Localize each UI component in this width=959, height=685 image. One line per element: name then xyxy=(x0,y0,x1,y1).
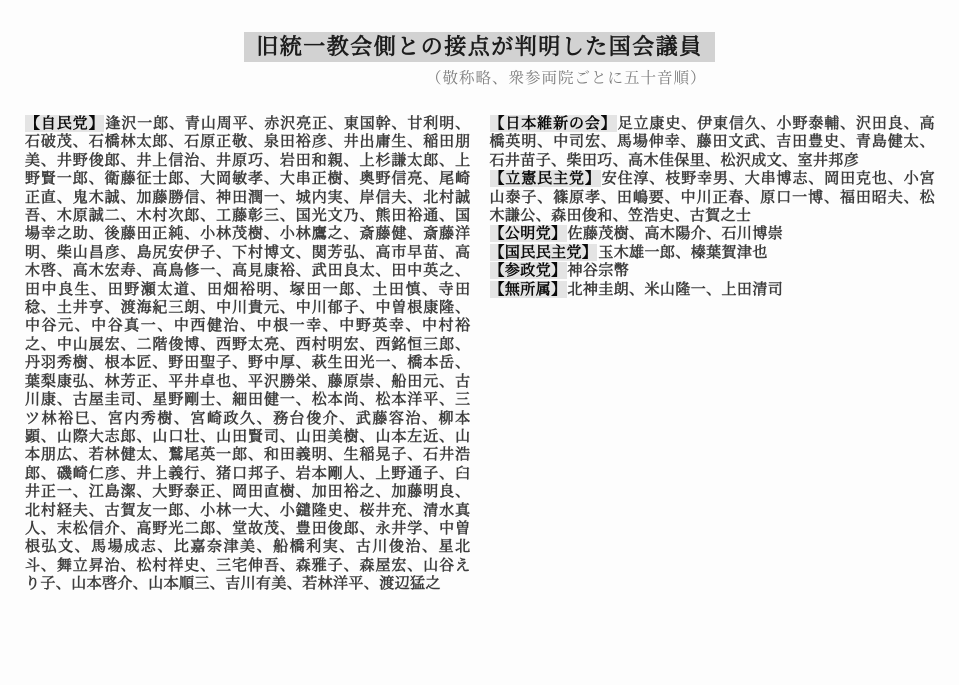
member-names: 神谷宗幣 xyxy=(568,262,630,279)
page-title: 旧統一教会側との接点が判明した国会議員 xyxy=(244,32,715,62)
party-badge: 【日本維新の会】 xyxy=(490,115,617,132)
party-section-jiminto: 【自民党】逢沢一郎、青山周平、赤沢亮正、東国幹、甘利明、石破茂、石橋林太郎、石原… xyxy=(25,115,471,594)
member-list: 【自民党】逢沢一郎、青山周平、赤沢亮正、東国幹、甘利明、石破茂、石橋林太郎、石原… xyxy=(0,115,959,594)
member-names: 玉木雄一郎、榛葉賀津也 xyxy=(598,244,767,261)
member-names: 逢沢一郎、青山周平、赤沢亮正、東国幹、甘利明、石破茂、石橋林太郎、石原正敬、泉田… xyxy=(25,115,471,592)
column-right: 【日本維新の会】足立康史、伊東信久、小野泰輔、沢田良、高橋英明、中司宏、馬場伸幸… xyxy=(490,115,936,594)
column-left: 【自民党】逢沢一郎、青山周平、赤沢亮正、東国幹、甘利明、石破茂、石橋林太郎、石原… xyxy=(25,115,471,594)
party-badge: 【立憲民主党】 xyxy=(490,170,601,187)
party-section-komei: 【公明党】佐藤茂樹、高木陽介、石川博崇 xyxy=(490,225,936,243)
party-section-mushozoku: 【無所属】北神圭朗、米山隆一、上田清司 xyxy=(490,281,936,299)
member-names: 北神圭朗、米山隆一、上田清司 xyxy=(568,281,784,298)
party-badge: 【無所属】 xyxy=(490,281,567,298)
party-section-ishin: 【日本維新の会】足立康史、伊東信久、小野泰輔、沢田良、高橋英明、中司宏、馬場伸幸… xyxy=(490,115,936,170)
member-names: 佐藤茂樹、高木陽介、石川博崇 xyxy=(568,225,784,242)
party-badge: 【自民党】 xyxy=(25,115,104,132)
party-section-rikken: 【立憲民主党】安住淳、枝野幸男、大串博志、岡田克也、小宮山泰子、篠原孝、田嶋要、… xyxy=(490,170,936,225)
party-badge: 【国民民主党】 xyxy=(490,244,598,261)
party-badge: 【参政党】 xyxy=(490,262,567,279)
party-section-sansei: 【参政党】神谷宗幣 xyxy=(490,262,936,280)
page-subtitle: （敬称略、衆参両院ごとに五十音順） xyxy=(225,66,735,88)
party-section-kokumin: 【国民民主党】玉木雄一郎、榛葉賀津也 xyxy=(490,244,936,262)
title-area: 旧統一教会側との接点が判明した国会議員 （敬称略、衆参両院ごとに五十音順） xyxy=(0,0,959,88)
party-badge: 【公明党】 xyxy=(490,225,567,242)
document-page: 旧統一教会側との接点が判明した国会議員 （敬称略、衆参両院ごとに五十音順） 【自… xyxy=(0,0,959,685)
